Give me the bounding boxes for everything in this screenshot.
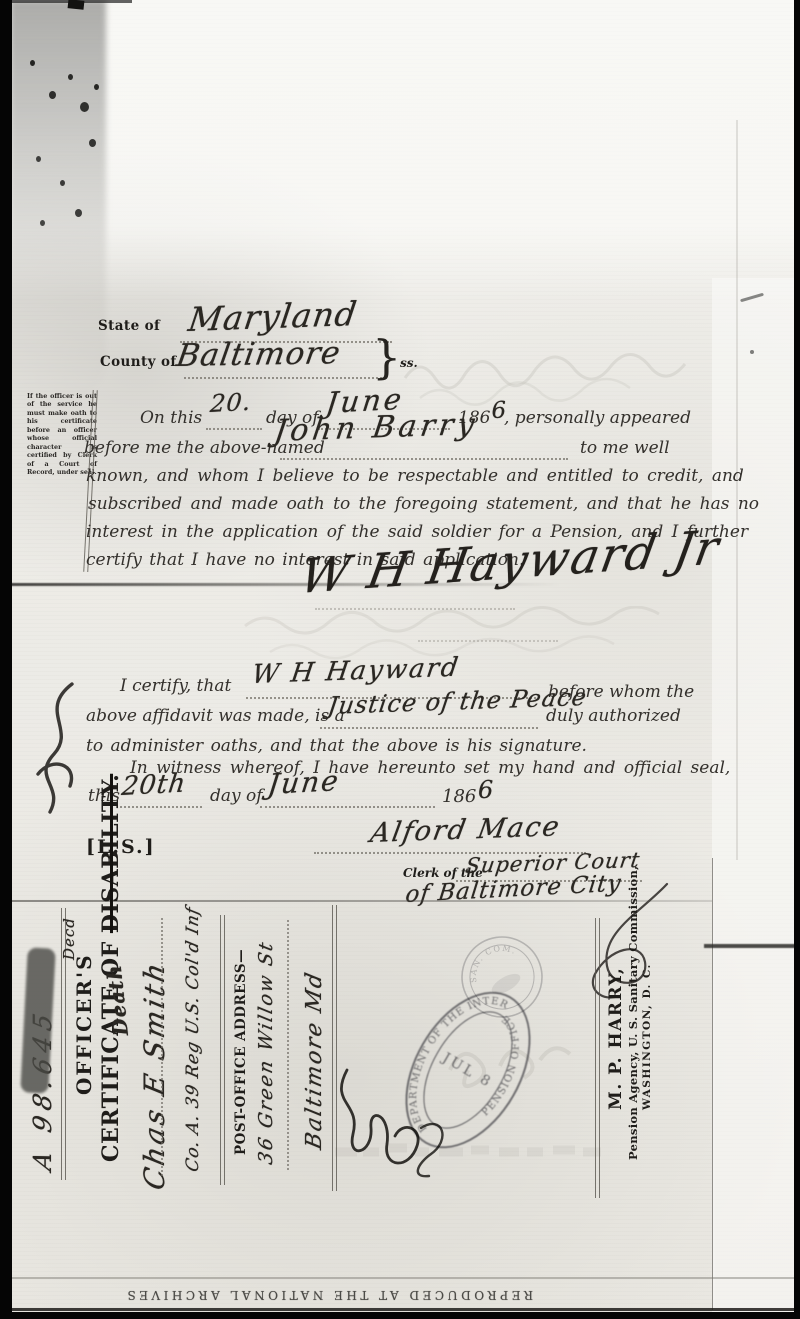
soldier-unit: Co. A. 39 Reg U.S. Col'd Inf: [176, 910, 210, 1175]
ss-brace: }: [372, 330, 401, 384]
paper-right-sheet: [712, 278, 794, 1312]
p1-name-rule: [280, 458, 568, 460]
ink-dot: [750, 350, 754, 354]
endorsement-dotted-rule: [161, 918, 163, 1176]
p1-on-this: On this: [140, 408, 202, 428]
p1-day: 20.: [209, 388, 253, 418]
p1-to-me-well: to me well: [580, 438, 670, 458]
address-street: 36 Green Willow St: [247, 935, 285, 1168]
paper-edge-line: [712, 858, 713, 1310]
stamp-date-text: JUL 8: [438, 1049, 495, 1091]
p3-line1: In witness whereof, I have hereunto set …: [130, 758, 730, 778]
endorsement-dotted-rule: [287, 920, 289, 1170]
ss-label: ss.: [400, 356, 418, 370]
p1-day-rule: [206, 428, 262, 430]
margin-flourish: [8, 678, 98, 828]
county-value: Baltimore: [174, 335, 343, 374]
scanned-document: State of Maryland County of Baltimore } …: [0, 0, 800, 1319]
scan-border-bottom: [0, 1312, 800, 1319]
ghost-rule: [418, 640, 558, 642]
p1-appeared: , personally appeared: [504, 408, 691, 428]
p3-day: 20th: [120, 768, 188, 802]
p2-line3: to administer oaths, and that the above …: [86, 736, 587, 756]
archives-note: REPRODUCED AT THE NATIONAL ARCHIVES: [233, 1284, 533, 1302]
corner-specks: [30, 60, 35, 66]
state-label: State of: [98, 318, 160, 334]
paper-top-band: [12, 0, 794, 300]
p3-day-rule: [116, 806, 202, 808]
county-label: County of: [100, 354, 177, 370]
p3-year-print: 186: [442, 786, 476, 807]
margin-note: If the officer is out of the service he …: [27, 392, 97, 477]
p2-pre: I certify, that: [120, 676, 231, 696]
soldier-name: Chas E Smith: [134, 907, 176, 1194]
certificate-label: CERTIFICATE OF DISABILITY. Death: [94, 924, 128, 1162]
p3-year-hand: 6: [478, 776, 494, 804]
p3-day-of: day of: [210, 786, 263, 806]
state-value: Maryland: [186, 294, 360, 339]
sanitary-commission-stamp: SAN. COM.: [452, 927, 552, 1027]
scan-border-left: [0, 0, 12, 1319]
ghost-rule: [315, 608, 515, 610]
agent-city: WASHINGTON, D. C.: [638, 990, 656, 1110]
top-edge-mark: [0, 0, 132, 3]
paper-fold-line: [736, 120, 738, 860]
county-rule: [184, 377, 382, 379]
disability-text: DISABILITY.: [98, 774, 124, 933]
p1-line4: subscribed and made oath to the foregoin…: [88, 494, 759, 514]
endorsement-rule: [595, 918, 600, 1198]
corner-smudge: [10, 0, 106, 400]
endorsement-rule: [220, 915, 225, 1185]
p2-line2b: duly authorized: [546, 706, 681, 726]
top-tick-mark: [68, 0, 85, 10]
p3-month-rule: [260, 806, 435, 808]
p2-title-rule: [320, 727, 538, 729]
p1-deponent: John Barry: [272, 407, 481, 449]
p1-line3: known, and whom I believe to be respecta…: [86, 466, 744, 486]
scan-border-right: [794, 0, 800, 1319]
p2-line2a: above affidavit was made, is a: [86, 706, 345, 726]
p3-month: June: [266, 764, 342, 801]
